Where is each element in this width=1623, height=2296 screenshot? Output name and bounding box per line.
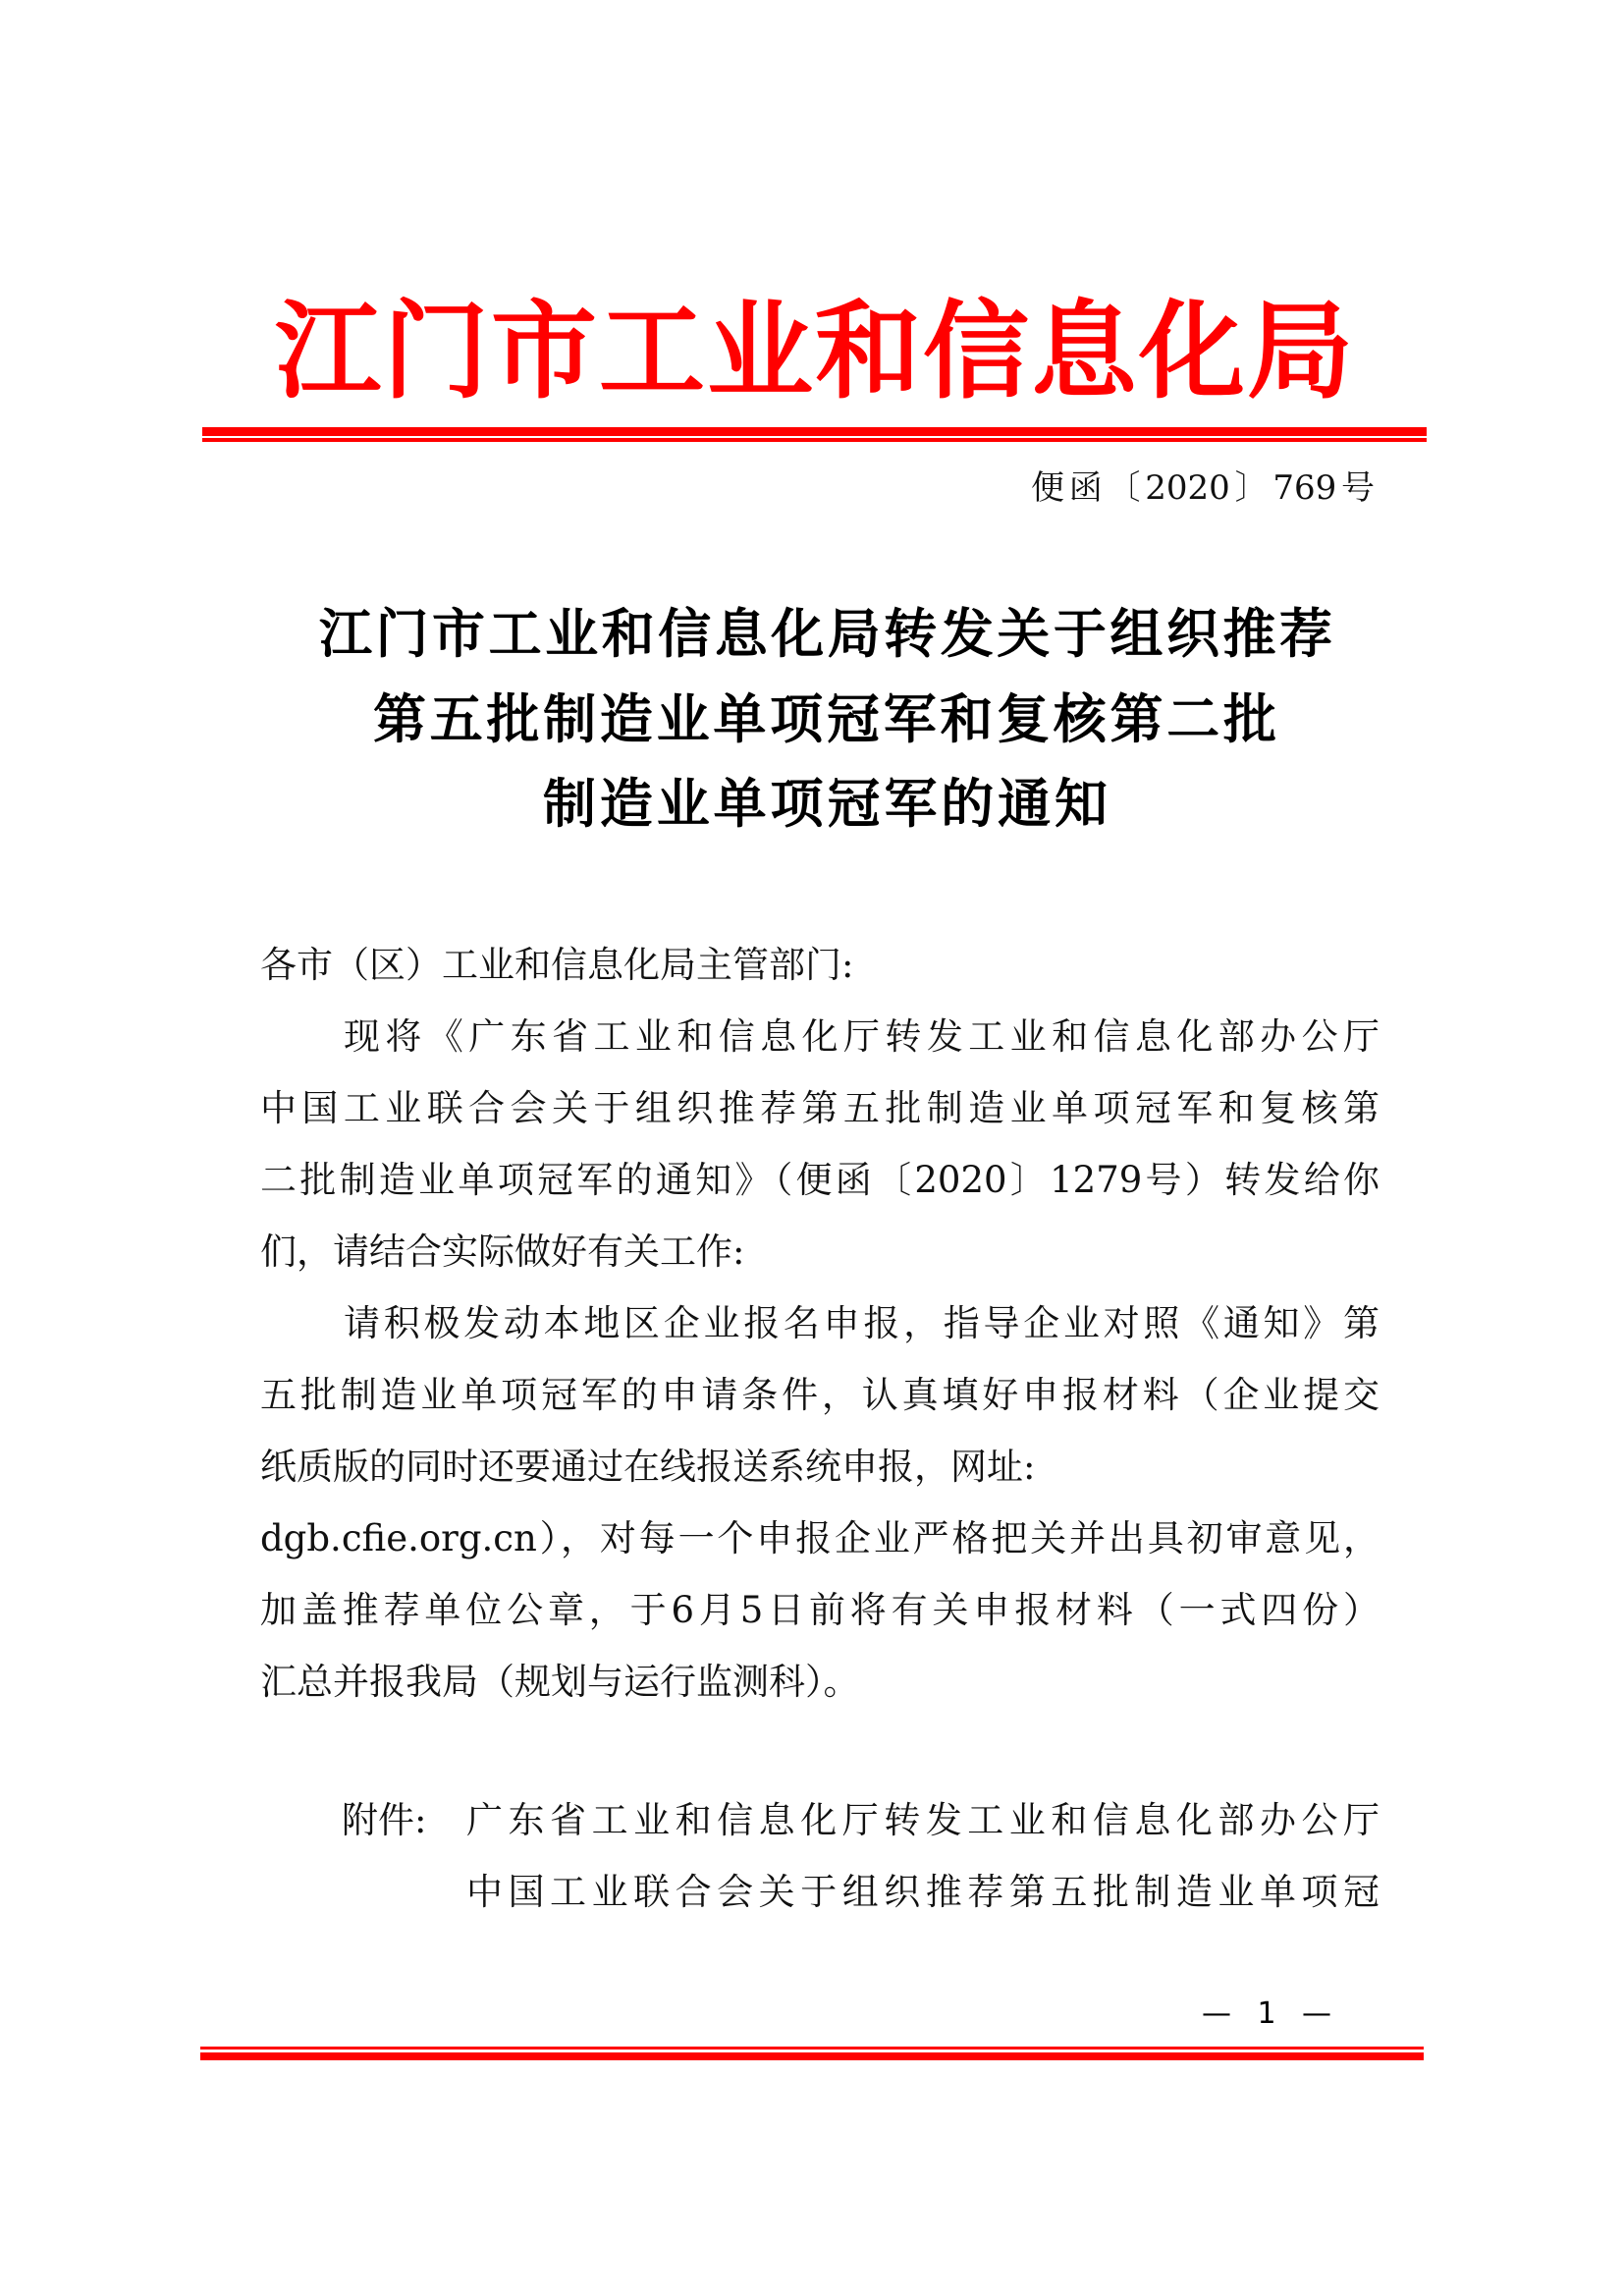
paragraph-2-line-url: dgb.cfie.org.cn），对每一个申报企业严格把关并出具初审意见， (260, 1516, 1380, 1561)
header-thick-red-rule (202, 427, 1427, 436)
paragraph-1-line: 们，请结合实际做好有关工作: (260, 1230, 771, 1275)
attachment-line: 中国工业联合会关于组织推荐第五批制造业单项冠 (466, 1870, 1380, 1915)
attachment-line: 广东省工业和信息化厅转发工业和信息化部办公厅 (466, 1798, 1380, 1843)
page-number: — 1 — (1202, 1997, 1331, 2031)
paragraph-2-line: 加盖推荐单位公章，于6月5日前将有关申报材料（一式四份） (260, 1588, 1380, 1633)
header-thin-red-rule (202, 438, 1427, 442)
salutation: 各市（区）工业和信息化局主管部门: (260, 943, 947, 988)
paragraph-2-line: 五批制造业单项冠军的申请条件，认真填好申报材料（企业提交 (260, 1373, 1380, 1418)
document-number: 便函〔2020〕769号 (1031, 467, 1375, 509)
attachment-label: 附件: (342, 1798, 460, 1843)
paragraph-2-line: 请积极发动本地区企业报名申报，指导企业对照《通知》第 (344, 1301, 1380, 1346)
document-page: 江门市工业和信息化局 便函〔2020〕769号 江门市工业和信息化局转发关于组织… (0, 0, 1623, 2296)
title-line-1: 江门市工业和信息化局转发关于组织推荐 (319, 604, 1332, 665)
paragraph-1-line: 中国工业联合会关于组织推荐第五批制造业单项冠军和复核第 (260, 1086, 1380, 1131)
footer-thick-red-rule (200, 2052, 1424, 2060)
paragraph-2-line: 纸质版的同时还要通过在线报送系统申报，网址: (260, 1445, 1144, 1490)
paragraph-1-line: 二批制造业单项冠军的通知》（便函〔2020〕1279号）转发给你 (260, 1158, 1380, 1203)
title-line-3: 制造业单项冠军的通知 (543, 774, 1108, 835)
title-line-2: 第五批制造业单项冠军和复核第二批 (373, 689, 1276, 750)
paragraph-2-line: 汇总并报我局（规划与运行监测科）。 (260, 1660, 947, 1705)
footer-thin-red-rule (200, 2047, 1424, 2050)
issuing-organization-header: 江门市工业和信息化局 (275, 291, 1345, 413)
paragraph-1-line: 现将《广东省工业和信息化厅转发工业和信息化部办公厅 (344, 1014, 1380, 1060)
